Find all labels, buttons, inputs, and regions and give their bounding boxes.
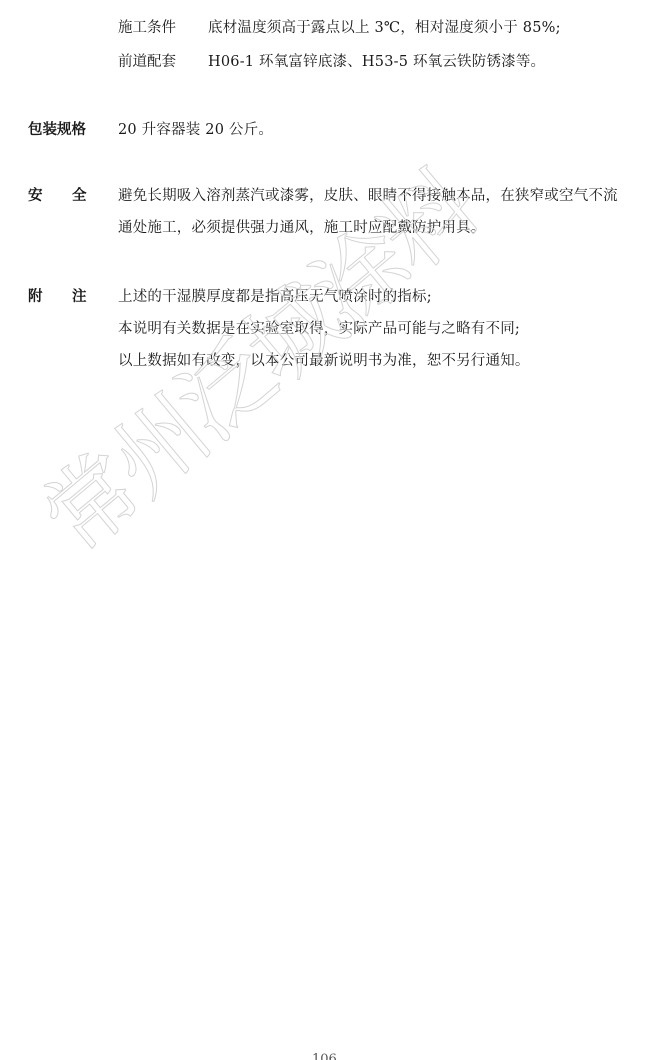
primer-system-value: H06-1 环氧富锌底漆、H53-5 环氧云铁防锈漆等。 (208, 53, 545, 71)
page-number: 106 (312, 1052, 337, 1060)
safety-text-line-2: 通处施工，必须提供强力通风，施工时应配戴防护用具。 (118, 219, 486, 237)
safety-label-part1: 安 (28, 187, 43, 205)
construction-conditions-value: 底材温度须高于露点以上 3℃，相对湿度须小于 85%; (208, 19, 561, 37)
primer-system-label: 前道配套 (118, 53, 176, 71)
notes-text-line-2: 本说明有关数据是在实验室取得，实际产品可能与之略有不同; (118, 320, 520, 338)
packaging-value: 20 升容器装 20 公斤。 (118, 121, 273, 139)
construction-conditions-label: 施工条件 (118, 19, 176, 37)
safety-label-part2: 全 (72, 187, 87, 205)
notes-label-part2: 注 (72, 288, 87, 306)
notes-text-line-3: 以上数据如有改变，以本公司最新说明书为准，恕不另行通知。 (118, 352, 530, 370)
notes-text-line-1: 上述的干湿膜厚度都是指高压无气喷涂时的指标; (118, 288, 432, 306)
safety-text-line-1: 避免长期吸入溶剂蒸汽或漆雾，皮肤、眼睛不得接触本品，在狭窄或空气不流 (118, 187, 618, 205)
notes-label-part1: 附 (28, 288, 43, 306)
packaging-label: 包装规格 (28, 121, 86, 139)
